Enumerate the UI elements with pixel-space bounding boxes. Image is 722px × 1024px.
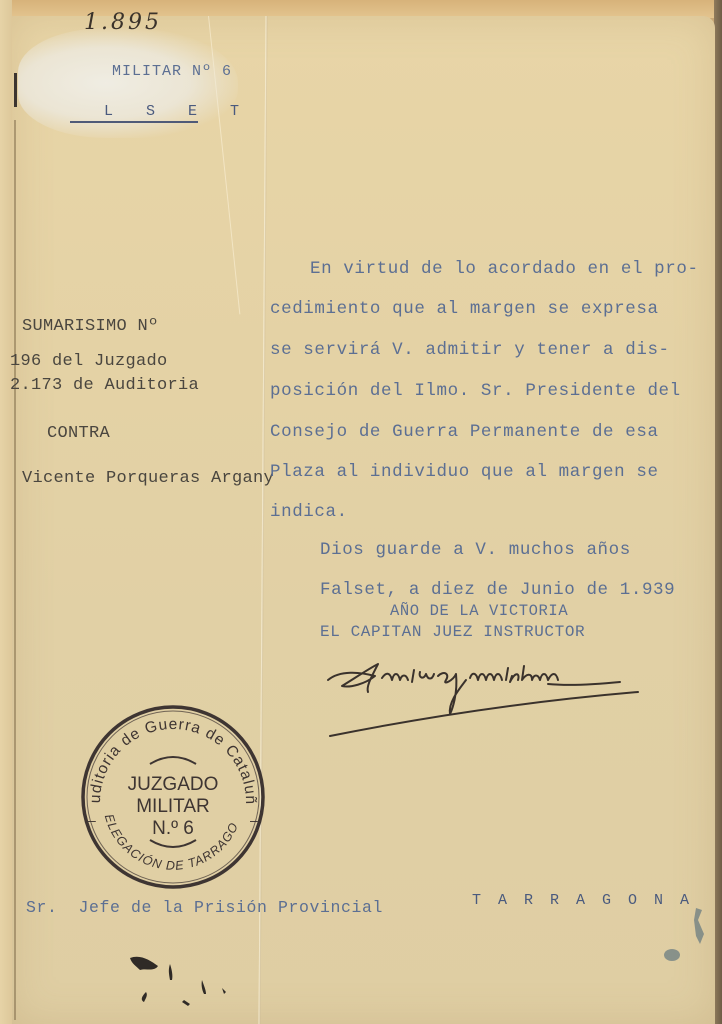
case-type-label: SUMARISIMO Nº [22, 318, 159, 335]
contra-label: CONTRA [47, 425, 110, 442]
handwritten-signature [320, 650, 650, 740]
binding-clip-mark [14, 73, 17, 107]
place-and-date: Falset, a diez de Junio de 1.939 [320, 582, 675, 600]
stamp-center-line-3: N.º 6 [152, 818, 194, 839]
ink-spot [650, 900, 720, 970]
case-juzgado-number: 196 del Juzgado [10, 353, 168, 370]
stamp-center-line-1: JUZGADO [128, 774, 219, 795]
defendant-name: Vicente Porqueras Argany [22, 470, 274, 487]
body-line-5: Consejo de Guerra Permanente de esa [270, 424, 659, 442]
year-motto: AÑO DE LA VICTORIA [390, 604, 568, 620]
body-line-7: indica. [270, 504, 348, 522]
stamp-center-line-2: MILITAR [136, 796, 210, 817]
body-line-6: Plaza al individuo que al margen se [270, 464, 659, 482]
header-underline [70, 121, 198, 123]
header-line-falset: L S E T [104, 104, 251, 119]
body-line-4: posición del Ilmo. Sr. Presidente del [270, 383, 681, 401]
folder-frame-left [0, 0, 12, 1024]
body-line-1: En virtud de lo acordado en el pro- [310, 261, 699, 279]
signatory-title: EL CAPITAN JUEZ INSTRUCTOR [320, 624, 585, 640]
header-line-militar: MILITAR Nº 6 [112, 64, 232, 79]
body-line-2: cedimiento que al margen se expresa [270, 301, 659, 319]
ink-smudge [110, 950, 260, 1010]
case-auditoria-number: 2.173 de Auditoria [10, 377, 199, 394]
official-stamp: Auditoria de Guerra de Cataluña DELEGACI… [78, 702, 268, 892]
addressee-recipient: Sr. Jefe de la Prisión Provincial [26, 900, 383, 917]
page-edge-line [14, 120, 16, 1020]
body-line-3: se servirá V. admitir y tener a dis- [270, 342, 670, 360]
handwritten-folio-number: 1.895 [84, 10, 162, 35]
closing-salutation: Dios guarde a V. muchos años [320, 542, 631, 560]
svg-text:–: – [250, 812, 258, 828]
svg-text:–: – [88, 812, 96, 828]
folder-frame-right [714, 0, 722, 1024]
